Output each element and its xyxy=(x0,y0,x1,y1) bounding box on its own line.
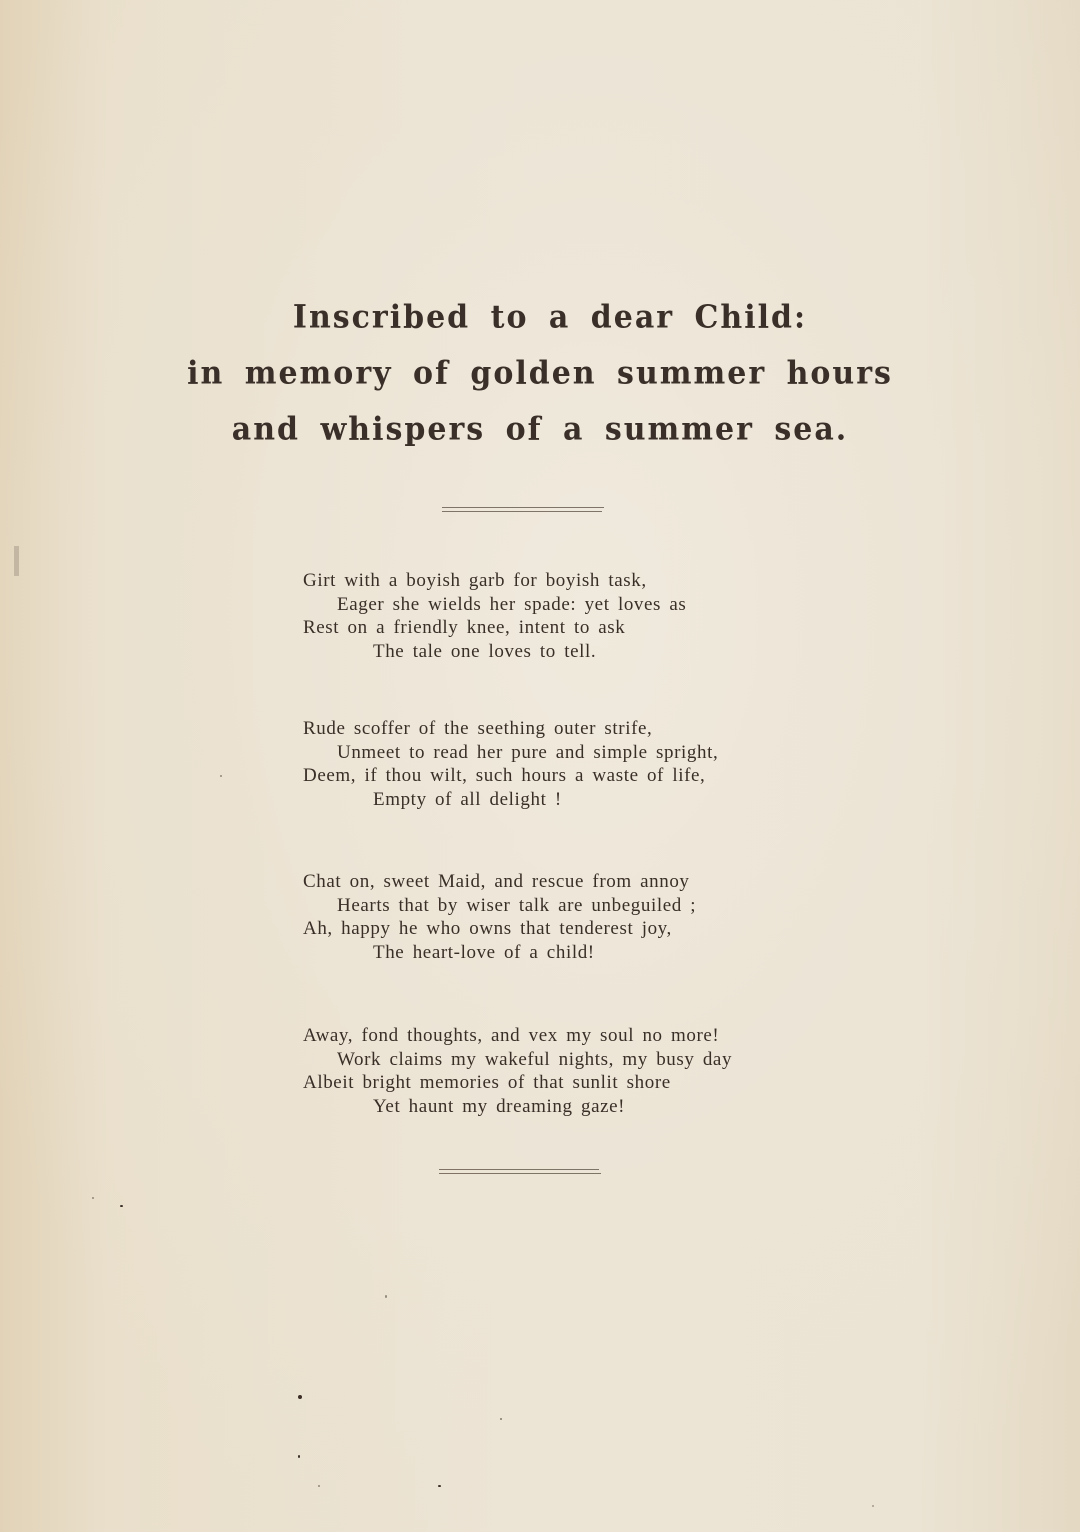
verse-line: Empty of all delight ! xyxy=(303,788,718,812)
verse-line: Rest on a friendly knee, intent to ask xyxy=(303,616,686,640)
poem-stanza-3: Chat on, sweet Maid, and rescue from ann… xyxy=(303,870,696,964)
verse-line: Rude scoffer of the seething outer strif… xyxy=(303,717,718,741)
verse-line: Ah, happy he who owns that tenderest joy… xyxy=(303,917,696,941)
poem-stanza-2: Rude scoffer of the seething outer strif… xyxy=(303,717,718,811)
dedication-line-3: and whispers of a summer sea. xyxy=(0,401,1080,460)
dedication-heading: Inscribed to a dear Child: in memory of … xyxy=(0,290,1080,458)
dedication-line-2: in memory of golden summer hours xyxy=(0,345,1080,404)
paper-speck xyxy=(318,1485,320,1487)
rule-line xyxy=(439,1169,599,1170)
paper-speck xyxy=(438,1485,441,1487)
paper-speck xyxy=(385,1295,387,1298)
verse-line: Hearts that by wiser talk are unbeguiled… xyxy=(303,894,696,918)
verse-line: The heart-love of a child! xyxy=(303,941,696,965)
dedication-line-1: Inscribed to a dear Child: xyxy=(0,289,1080,348)
paper-speck xyxy=(500,1418,502,1420)
paper-speck xyxy=(298,1455,300,1458)
paper-speck xyxy=(220,775,222,777)
verse-line: The tale one loves to tell. xyxy=(303,640,686,664)
poem-stanza-1: Girt with a boyish garb for boyish task,… xyxy=(303,569,686,663)
verse-line: Work claims my wakeful nights, my busy d… xyxy=(303,1048,732,1072)
ornamental-rule-bottom xyxy=(439,1169,601,1174)
verse-line: Chat on, sweet Maid, and rescue from ann… xyxy=(303,870,696,894)
paper-speck xyxy=(872,1505,874,1507)
paper-speck xyxy=(92,1197,94,1199)
ornamental-rule-top xyxy=(442,507,604,512)
paper-speck xyxy=(298,1395,302,1399)
verse-line: Away, fond thoughts, and vex my soul no … xyxy=(303,1024,732,1048)
verse-line: Girt with a boyish garb for boyish task, xyxy=(303,569,686,593)
verse-line: Eager she wields her spade: yet loves as xyxy=(303,593,686,617)
rule-line xyxy=(442,511,602,512)
rule-line xyxy=(442,507,604,508)
verse-line: Albeit bright memories of that sunlit sh… xyxy=(303,1071,732,1095)
book-page: Inscribed to a dear Child: in memory of … xyxy=(0,0,1080,1532)
verse-line: Unmeet to read her pure and simple sprig… xyxy=(303,741,718,765)
verse-line: Deem, if thou wilt, such hours a waste o… xyxy=(303,764,718,788)
page-edge-mark xyxy=(14,546,19,576)
poem-stanza-4: Away, fond thoughts, and vex my soul no … xyxy=(303,1024,732,1118)
rule-line xyxy=(439,1173,601,1174)
verse-line: Yet haunt my dreaming gaze! xyxy=(303,1095,732,1119)
paper-speck xyxy=(120,1205,123,1207)
